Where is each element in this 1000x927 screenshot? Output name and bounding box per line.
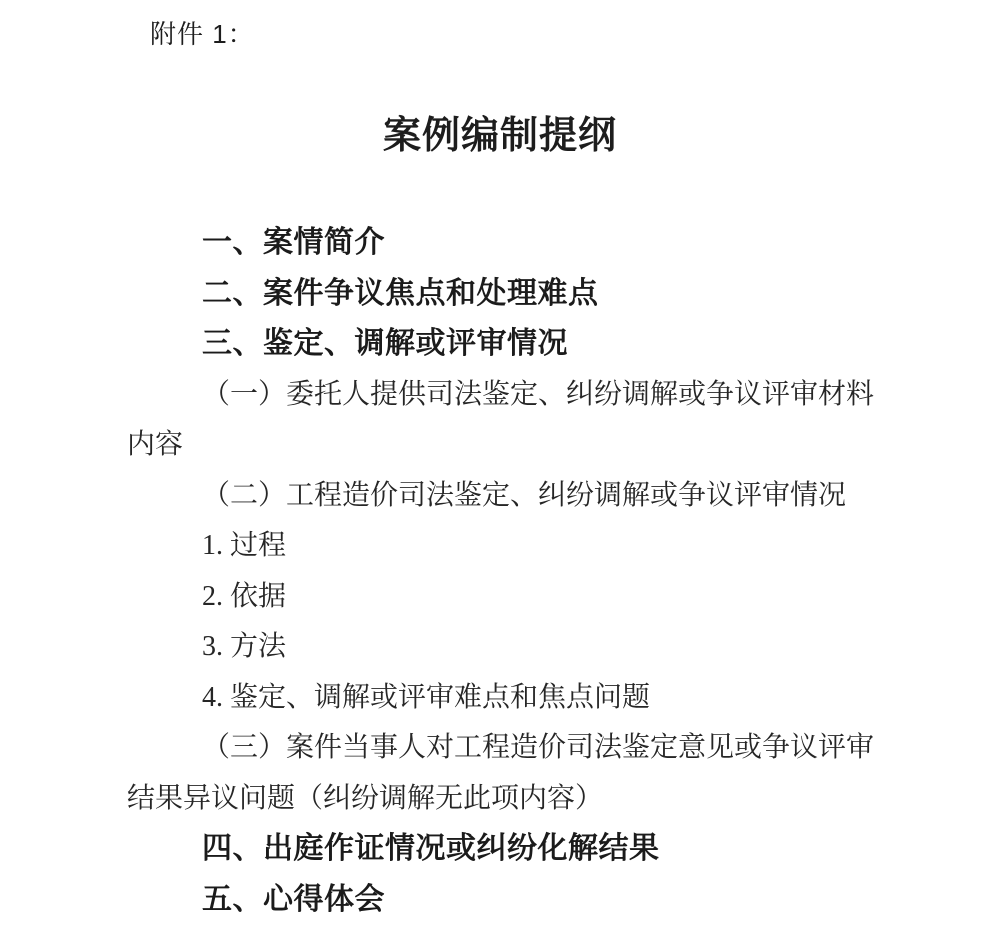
outline-line: 内容 [127,420,907,471]
outline-line: 五、心得体会 [127,875,907,926]
outline-line: （二）工程造价司法鉴定、纠纷调解或争议评审情况 [127,471,907,522]
document-page: 附件 1： 案例编制提纲 一、案情简介二、案件争议焦点和处理难点三、鉴定、调解或… [0,0,1000,927]
outline-line: 1. 过程 [127,521,907,572]
attachment-label: 附件 1： [150,16,255,52]
outline-line: 4. 鉴定、调解或评审难点和焦点问题 [127,673,907,724]
outline-line: 2. 依据 [127,572,907,623]
outline-line: 3. 方法 [127,622,907,673]
outline-line: 四、出庭作证情况或纠纷化解结果 [127,824,907,875]
document-title: 案例编制提纲 [0,110,1000,162]
outline-line: 二、案件争议焦点和处理难点 [127,269,907,320]
outline-line: （一）委托人提供司法鉴定、纠纷调解或争议评审材料 [127,370,907,421]
outline-line: （三）案件当事人对工程造价司法鉴定意见或争议评审 [127,723,907,774]
outline-line: 三、鉴定、调解或评审情况 [127,319,907,370]
outline-line: 结果异议问题（纠纷调解无此项内容） [127,774,907,825]
outline-line: 一、案情简介 [127,218,907,269]
outline: 一、案情简介二、案件争议焦点和处理难点三、鉴定、调解或评审情况（一）委托人提供司… [127,218,907,925]
